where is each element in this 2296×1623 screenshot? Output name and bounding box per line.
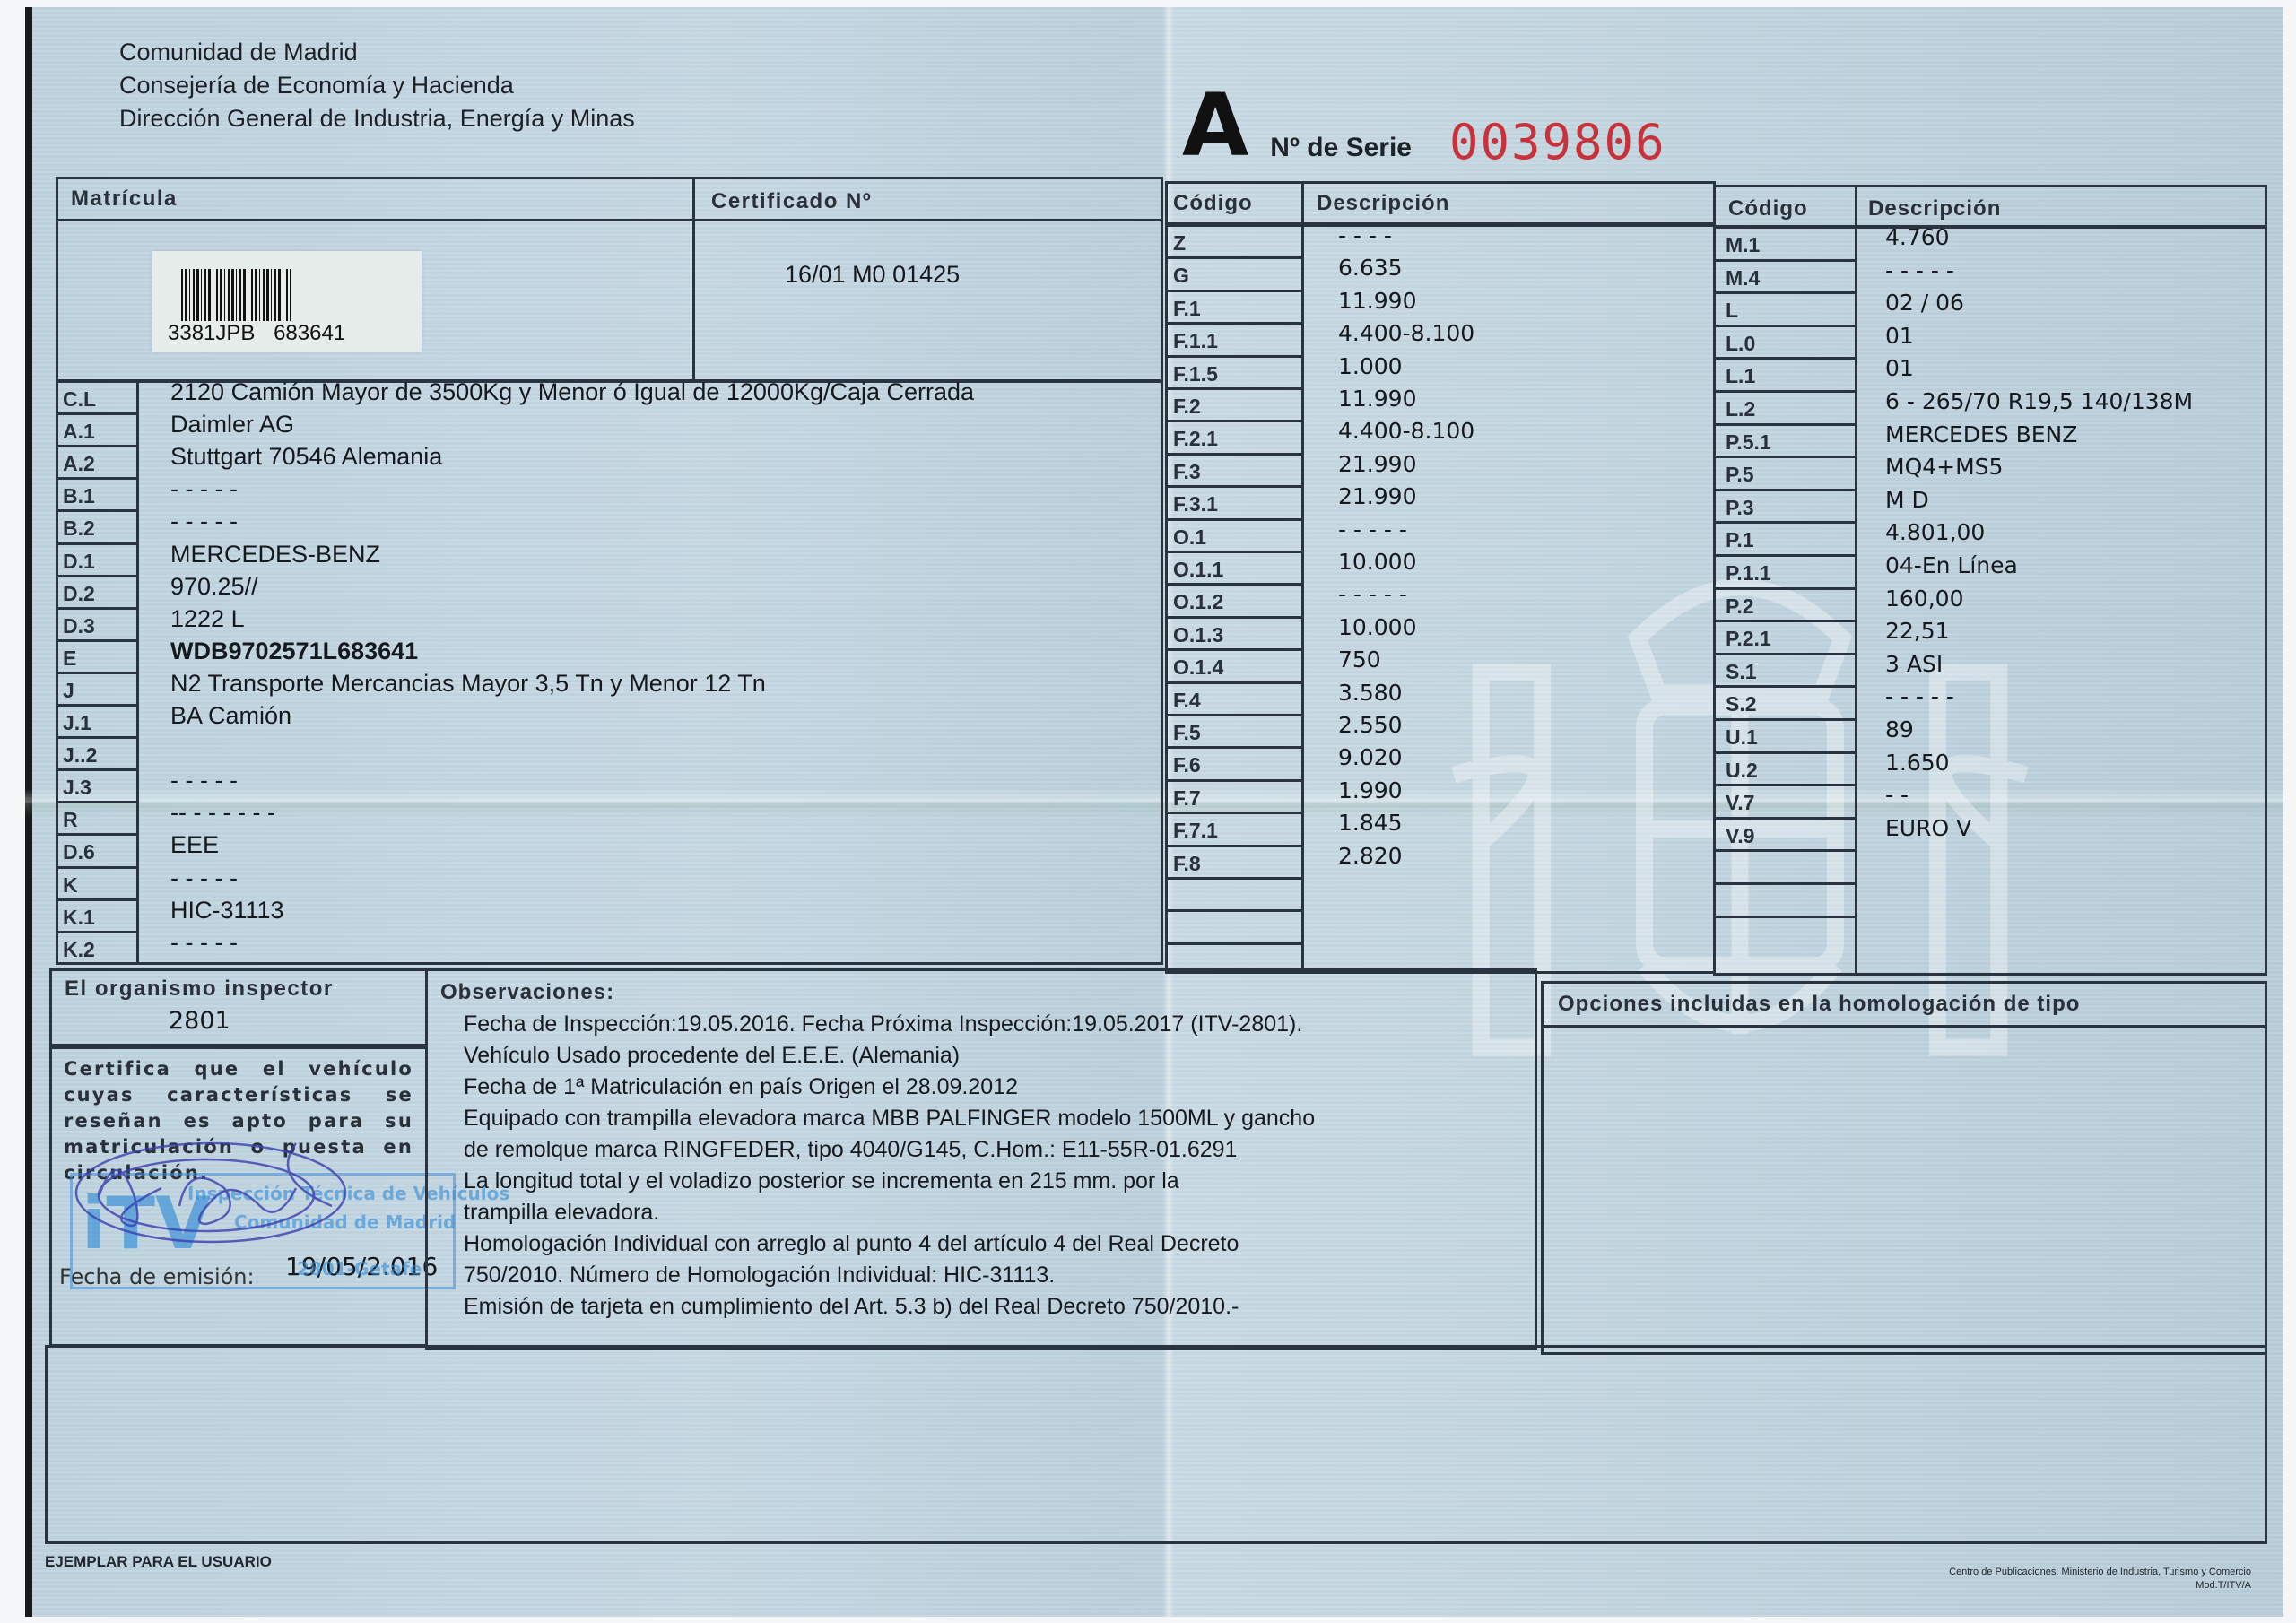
- observacion-line: 750/2010. Número de Homologación Individ…: [464, 1260, 1315, 1291]
- field-value: - - - - -: [170, 508, 238, 535]
- right-code: U.1: [1726, 725, 1758, 750]
- observacion-line: trampilla elevadora.: [464, 1197, 1315, 1228]
- opciones-header-cell: Opciones incluidas en la homologación de…: [1541, 981, 2267, 1028]
- observacion-line: Vehículo Usado procedente del E.E.E. (Al…: [464, 1040, 1315, 1072]
- middle-row-divider: [1165, 811, 1303, 814]
- field-code: J.3: [63, 776, 91, 800]
- inspector-cell: El organismo inspector 2801: [49, 968, 428, 1046]
- right-row-divider: [1713, 291, 1857, 294]
- footer-copy-label: EJEMPLAR PARA EL USUARIO: [45, 1553, 272, 1571]
- left-row-divider: [56, 509, 138, 512]
- right-code: M.4: [1726, 266, 1760, 291]
- field-value: 1222 L: [170, 605, 245, 633]
- field-value: -- - - - - - -: [170, 799, 275, 827]
- observacion-line: Emisión de tarjeta en cumplimiento del A…: [464, 1291, 1315, 1323]
- right-row-divider: [1713, 390, 1857, 393]
- field-value: - - - - -: [170, 767, 238, 794]
- middle-value: 21.990: [1338, 483, 1416, 509]
- right-row-divider: [1713, 817, 1857, 820]
- middle-row-divider: [1165, 551, 1303, 553]
- right-value: MQ4+MS5: [1885, 454, 2003, 480]
- middle-row-divider: [1165, 355, 1303, 358]
- right-code-header-cell: Código: [1713, 185, 1857, 228]
- middle-code: F.2.1: [1173, 427, 1218, 451]
- left-row-divider: [56, 477, 138, 480]
- certificado-label: Certificado Nº: [711, 189, 872, 214]
- field-value: - - - - -: [170, 864, 238, 892]
- middle-value: 4.400-8.100: [1338, 418, 1474, 444]
- opciones-label: Opciones incluidas en la homologación de…: [1558, 992, 2080, 1017]
- middle-row-divider: [1165, 877, 1303, 880]
- right-value: 01: [1885, 323, 1914, 349]
- right-desc-header: Descripción: [1868, 196, 2001, 221]
- middle-code-header-cell: Código: [1165, 181, 1304, 225]
- left-row-divider: [56, 931, 138, 933]
- issuer-line-3: Dirección General de Industria, Energía …: [119, 102, 635, 135]
- field-code: K.1: [63, 906, 95, 930]
- field-value: N2 Transporte Mercancias Mayor 3,5 Tn y …: [170, 670, 766, 698]
- inspector-label: El organismo inspector: [65, 976, 334, 1002]
- middle-value: 2.820: [1338, 843, 1403, 869]
- middle-value: 10.000: [1338, 614, 1416, 640]
- field-value: HIC-31113: [170, 897, 284, 924]
- left-row-divider: [56, 866, 138, 869]
- middle-row-divider: [1165, 681, 1303, 684]
- left-row-divider: [56, 801, 138, 803]
- left-row-divider: [56, 639, 138, 642]
- plate-barcode-sticker: 3381JPB 683641: [152, 251, 422, 352]
- observaciones-label: Observaciones:: [440, 980, 614, 1005]
- footer-publisher: Centro de Publicaciones. Ministerio de I…: [1949, 1566, 2251, 1593]
- middle-value: - - - - -: [1338, 581, 1407, 607]
- right-code: V.7: [1726, 791, 1754, 815]
- field-code: D.3: [63, 614, 95, 638]
- middle-row-divider: [1165, 845, 1303, 847]
- field-code: J..2: [63, 743, 97, 768]
- middle-row-divider: [1165, 583, 1303, 586]
- left-row-divider: [56, 898, 138, 901]
- left-row-divider: [56, 542, 138, 545]
- middle-code: F.2: [1173, 395, 1201, 419]
- field-code: R: [63, 808, 78, 832]
- left-row-divider: [56, 833, 138, 836]
- observacion-line: de remolque marca RINGFEDER, tipo 4040/G…: [464, 1134, 1315, 1166]
- middle-code-header: Código: [1173, 191, 1253, 216]
- left-row-divider: [56, 672, 138, 674]
- right-row-divider: [1713, 653, 1857, 655]
- right-row-divider: [1713, 784, 1857, 786]
- middle-code: G: [1173, 264, 1189, 288]
- barcode-text: 3381JPB 683641: [168, 321, 345, 346]
- right-code: M.1: [1726, 233, 1760, 257]
- middle-code: F.3.1: [1173, 492, 1218, 516]
- reserved-box: [45, 1345, 2267, 1544]
- right-value: M D: [1885, 487, 1929, 513]
- serie-label: Nº de Serie: [1270, 133, 1412, 163]
- middle-code: F.6: [1173, 753, 1201, 777]
- right-row-divider: [1713, 882, 1857, 885]
- middle-code: F.5: [1173, 721, 1201, 745]
- right-code: P.2: [1726, 595, 1754, 619]
- observacion-line: Fecha de 1ª Matriculación en país Origen…: [464, 1072, 1315, 1103]
- left-row-divider: [56, 704, 138, 707]
- right-code: L.0: [1726, 332, 1755, 356]
- right-row-divider: [1713, 456, 1857, 458]
- middle-value: 9.020: [1338, 744, 1403, 770]
- right-row-divider: [1713, 325, 1857, 327]
- middle-row-divider: [1165, 518, 1303, 521]
- plate-number: 3381JPB: [168, 321, 255, 345]
- middle-code: F.1.5: [1173, 362, 1218, 386]
- left-row-divider: [56, 575, 138, 577]
- field-value: - - - - -: [170, 475, 238, 503]
- field-code: A.2: [63, 452, 95, 476]
- inspector-value: 2801: [169, 1007, 230, 1035]
- right-code-header: Código: [1728, 196, 1808, 221]
- footer-publisher-line-1: Centro de Publicaciones. Ministerio de I…: [1949, 1566, 2251, 1579]
- right-row-divider: [1713, 259, 1857, 262]
- right-row-divider: [1713, 489, 1857, 491]
- left-row-divider: [56, 445, 138, 447]
- middle-code: F.7: [1173, 786, 1201, 811]
- field-value: EEE: [170, 831, 219, 859]
- right-row-divider: [1713, 423, 1857, 426]
- middle-code: O.1.4: [1173, 655, 1223, 680]
- middle-row-divider: [1165, 453, 1303, 456]
- middle-value: 1.000: [1338, 353, 1403, 379]
- field-value: Daimler AG: [170, 411, 294, 438]
- middle-code: F.1.1: [1173, 329, 1218, 353]
- serie-letter: A: [1182, 82, 1248, 169]
- middle-row-divider: [1165, 714, 1303, 716]
- field-code: B.2: [63, 516, 95, 541]
- middle-row-divider: [1165, 485, 1303, 488]
- right-row-divider: [1713, 587, 1857, 590]
- right-value: 22,51: [1885, 618, 1950, 644]
- middle-value: 1.845: [1338, 810, 1403, 836]
- right-row-divider: [1713, 751, 1857, 754]
- middle-value: - - - -: [1338, 222, 1392, 248]
- certificado-value-cell: 16/01 M0 01425: [692, 219, 1163, 382]
- right-value: 3 ASI: [1885, 651, 1943, 677]
- observacion-line: Fecha de Inspección:19.05.2016. Fecha Pr…: [464, 1009, 1315, 1040]
- left-row-divider: [56, 412, 138, 415]
- matricula-label: Matrícula: [71, 187, 178, 212]
- right-row-divider: [1713, 620, 1857, 622]
- serie-number: 0039806: [1449, 114, 1666, 170]
- right-value: 4.801,00: [1885, 519, 1985, 545]
- right-code: S.2: [1726, 692, 1757, 716]
- right-code: P.3: [1726, 496, 1754, 520]
- issuer-line-1: Comunidad de Madrid: [119, 36, 635, 69]
- middle-value: 4.400-8.100: [1338, 320, 1474, 346]
- right-code: P.2.1: [1726, 627, 1771, 651]
- right-row-divider: [1713, 554, 1857, 557]
- field-code: E: [63, 647, 76, 671]
- right-row-divider: [1713, 357, 1857, 360]
- right-value: 6 - 265/70 R19,5 140/138M: [1885, 388, 2193, 414]
- field-code: D.2: [63, 582, 95, 606]
- left-row-divider: [56, 607, 138, 610]
- field-value: 970.25//: [170, 573, 258, 601]
- field-code: D.6: [63, 840, 95, 864]
- right-row-divider: [1713, 685, 1857, 688]
- right-value: 01: [1885, 355, 1914, 381]
- middle-code: O.1.3: [1173, 623, 1223, 647]
- right-code: P.5.1: [1726, 430, 1771, 455]
- middle-code: F.8: [1173, 852, 1201, 876]
- middle-row-divider: [1165, 909, 1303, 912]
- issuer-header: Comunidad de Madrid Consejería de Econom…: [119, 36, 635, 135]
- middle-value: 11.990: [1338, 288, 1416, 314]
- middle-row-divider: [1165, 616, 1303, 619]
- right-value: 160,00: [1885, 586, 1963, 612]
- certificado-value: 16/01 M0 01425: [785, 261, 960, 289]
- middle-code: F.7.1: [1173, 819, 1218, 843]
- right-row-divider: [1713, 718, 1857, 721]
- left-row-divider: [56, 736, 138, 739]
- middle-code: F.1: [1173, 297, 1201, 321]
- middle-value: 2.550: [1338, 712, 1403, 738]
- middle-value: 3.580: [1338, 680, 1403, 706]
- right-code: L: [1726, 299, 1738, 323]
- middle-value: 11.990: [1338, 386, 1416, 412]
- stamp-line-3: 2801-Getafe: [297, 1258, 422, 1280]
- middle-row-divider: [1165, 779, 1303, 782]
- field-value: - - - - -: [170, 929, 238, 957]
- right-code: L.2: [1726, 397, 1755, 421]
- right-value: 02 / 06: [1885, 290, 1964, 316]
- middle-code: Z: [1173, 231, 1186, 256]
- right-code: U.2: [1726, 759, 1758, 783]
- field-value: 2120 Camión Mayor de 3500Kg y Menor ó Ig…: [170, 378, 974, 406]
- middle-desc-header-cell: Descripción: [1301, 181, 1716, 225]
- observacion-line: Homologación Individual con arreglo al p…: [464, 1228, 1315, 1260]
- right-code: P.1: [1726, 528, 1754, 552]
- certificado-header-cell: Certificado Nº: [692, 177, 1163, 221]
- field-value: BA Camión: [170, 702, 291, 730]
- observacion-line: La longitud total y el voladizo posterio…: [464, 1166, 1315, 1197]
- serie-block: A Nº de Serie 0039806: [1182, 82, 1666, 169]
- footer-publisher-line-2: Mod.T/ITV/A: [1949, 1579, 2251, 1593]
- middle-code: F.3: [1173, 460, 1201, 484]
- field-code: A.1: [63, 420, 95, 444]
- right-code: V.9: [1726, 824, 1754, 848]
- right-code: S.1: [1726, 660, 1757, 684]
- middle-desc-header: Descripción: [1317, 191, 1449, 216]
- right-value: 1.650: [1885, 750, 1950, 776]
- middle-value: 750: [1338, 647, 1381, 673]
- middle-value: 1.990: [1338, 777, 1403, 803]
- middle-code: O.1: [1173, 525, 1206, 550]
- right-row-divider: [1713, 849, 1857, 852]
- right-code: L.1: [1726, 364, 1755, 388]
- middle-code: O.1.1: [1173, 558, 1223, 582]
- observacion-line: Equipado con trampilla elevadora marca M…: [464, 1103, 1315, 1134]
- middle-value: 10.000: [1338, 549, 1416, 575]
- middle-row-divider: [1165, 322, 1303, 325]
- right-row-divider: [1713, 521, 1857, 524]
- field-code: J.1: [63, 711, 91, 735]
- right-value: 04-En Línea: [1885, 552, 2018, 578]
- right-code: P.5: [1726, 463, 1754, 487]
- right-value: 4.760: [1885, 224, 1950, 250]
- middle-row-divider: [1165, 290, 1303, 292]
- middle-value: 21.990: [1338, 451, 1416, 477]
- field-value: WDB9702571L683641: [170, 638, 418, 665]
- signature-icon: [63, 1125, 359, 1260]
- plate-serial: 683641: [274, 321, 345, 345]
- observaciones-cell: Observaciones: Fecha de Inspección:19.05…: [425, 968, 1537, 1350]
- field-value: Stuttgart 70546 Alemania: [170, 443, 442, 471]
- matricula-header-cell: Matrícula: [56, 177, 695, 221]
- right-desc-header-cell: Descripción: [1855, 185, 2267, 228]
- field-code: B.1: [63, 484, 95, 508]
- right-value: 89: [1885, 716, 1914, 742]
- field-code: J: [63, 679, 74, 703]
- right-value: - - - - -: [1885, 683, 1954, 709]
- middle-row-divider: [1165, 942, 1303, 945]
- right-value: - - - - -: [1885, 257, 1954, 283]
- field-code: D.1: [63, 550, 95, 574]
- middle-row-divider: [1165, 256, 1303, 259]
- barcode-icon: [181, 269, 291, 321]
- field-value: MERCEDES-BENZ: [170, 541, 380, 568]
- middle-row-divider: [1165, 648, 1303, 651]
- right-value: EURO V: [1885, 815, 1971, 841]
- middle-value: - - - - -: [1338, 516, 1407, 542]
- middle-code: O.1.2: [1173, 590, 1223, 614]
- middle-row-divider: [1165, 420, 1303, 422]
- field-code: C.L: [63, 387, 96, 412]
- issuer-line-2: Consejería de Economía y Hacienda: [119, 69, 635, 102]
- middle-code: F.4: [1173, 689, 1201, 713]
- observaciones-lines: Fecha de Inspección:19.05.2016. Fecha Pr…: [464, 1009, 1315, 1323]
- left-row-divider: [56, 768, 138, 771]
- field-code: K.2: [63, 938, 95, 962]
- right-value: - -: [1885, 782, 1909, 808]
- middle-row-divider: [1165, 387, 1303, 390]
- right-code: P.1.1: [1726, 561, 1771, 586]
- opciones-value-cell: [1541, 1026, 2267, 1355]
- right-row-divider: [1713, 916, 1857, 918]
- middle-row-divider: [1165, 746, 1303, 749]
- middle-value: 6.635: [1338, 255, 1403, 281]
- right-value: MERCEDES BENZ: [1885, 421, 2077, 447]
- field-code: K: [63, 873, 78, 898]
